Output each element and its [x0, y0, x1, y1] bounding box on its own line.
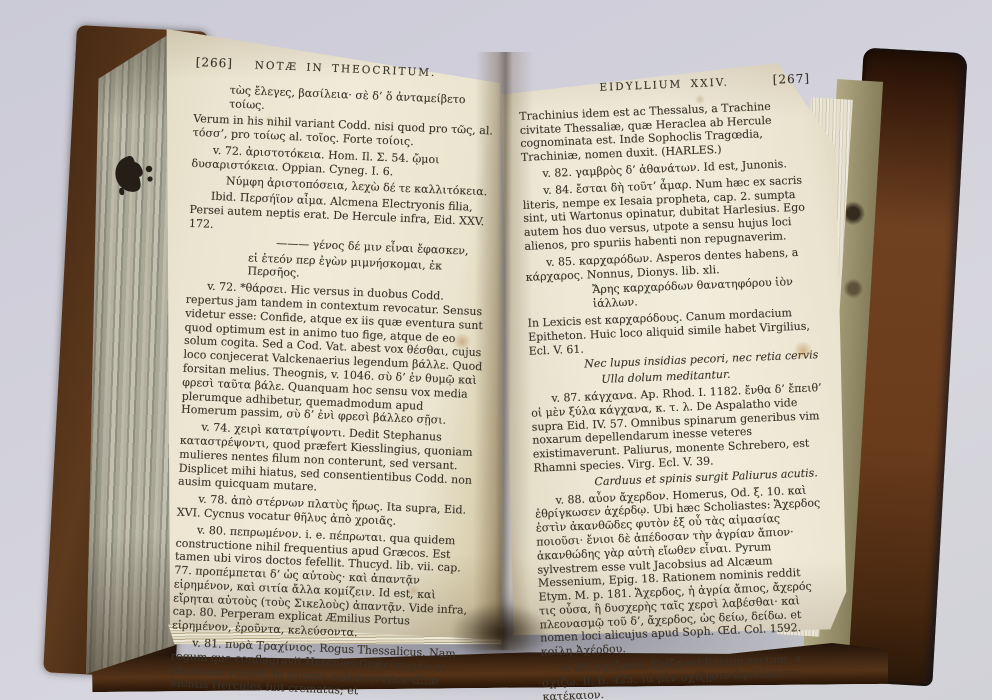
book-photograph: [266] NOTÆ IN THEOCRITUM. τὼς ἔλεγες, βα… — [0, 0, 992, 700]
running-title: EIDYLLIUM XXIV. — [568, 75, 760, 96]
foxing-spot — [452, 334, 472, 349]
note-paragraph: v. 89. σχίζαισι. Σχίζη est lignum sectum… — [541, 651, 834, 700]
note-paragraph: v. 80. πεπρωμένον. i. e. πέπρωται. qua q… — [172, 522, 476, 645]
running-title: NOTÆ IN THEOCRITUM. — [245, 59, 445, 81]
note-paragraph: v. 84. ἔσται δὴ τοῦτ’ ἆμαρ. Num hæc ex s… — [522, 173, 817, 254]
fore-edge-ink-mark — [110, 148, 162, 202]
foxing-spot — [406, 585, 421, 596]
header-spacer — [445, 76, 495, 78]
note-paragraph: Trachinius idem est ac Thessalus, a Trac… — [519, 98, 813, 165]
foxing-spot — [264, 116, 273, 123]
note-paragraph: v. 72. *θάρσει. Hic versus in duobus Cod… — [181, 279, 487, 429]
note-paragraph: v. 74. χειρὶ κατατρίψοντι. Dedit Stephan… — [178, 420, 481, 501]
foxing-spot — [694, 95, 706, 104]
right-page-content: EIDYLLIUM XXIV. [267] Trachinius idem es… — [518, 72, 835, 700]
note-paragraph: v. 87. κάγχανα. Ap. Rhod. I. 1182. ἔνθα … — [530, 381, 825, 475]
page-number: [266] — [195, 56, 246, 72]
note-paragraph: v. 88. αὖον ἄχερδον. Homerus, Od. ξ. 10.… — [534, 482, 832, 659]
page-number: [267] — [760, 72, 811, 88]
note-paragraph: v. 81. πυρὰ Τραχίνιος. Rogus Thessalicus… — [169, 636, 471, 700]
foxing-spot — [792, 342, 814, 359]
left-page-content: [266] NOTÆ IN THEOCRITUM. τὼς ἔλεγες, βα… — [169, 56, 495, 700]
header-spacer — [518, 92, 568, 94]
